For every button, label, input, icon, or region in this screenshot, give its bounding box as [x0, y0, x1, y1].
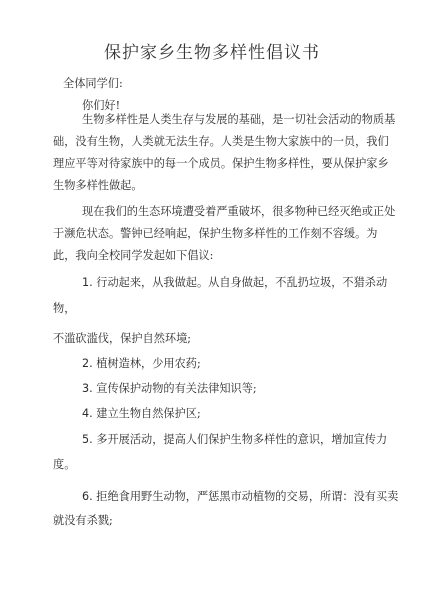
item-1-line-1: 1. 行动起来，从我做起。从自身做起，不乱扔垃圾，不猎杀动	[82, 274, 387, 290]
item-3-number: 3.	[82, 382, 93, 395]
paragraph-2-line-1: 现在我们的生态环境遭受着严重破坏，很多物种已经灭绝或正处	[82, 203, 395, 219]
item-1-number: 1.	[82, 276, 93, 289]
item-5-text: 多开展活动，提高人们保护生物多样性的意识，增加宣传力	[96, 433, 387, 446]
item-6-number: 6.	[82, 490, 93, 503]
item-5-line-2: 度。	[53, 456, 75, 472]
item-3-text: 宣传保护动物的有关法律知识等;	[96, 382, 256, 395]
item-6-line-1: 6. 拒绝食用野生动物，严惩黑市动植物的交易，所谓：没有买卖	[82, 488, 398, 504]
item-5-number: 5.	[82, 433, 93, 446]
item-6-line-2: 就没有杀戮;	[53, 512, 113, 528]
item-6-text: 拒绝食用野生动物，严惩黑市动植物的交易，所谓：没有买卖	[96, 490, 398, 503]
item-2-number: 2.	[82, 357, 93, 370]
item-2-text: 植树造林，少用农药;	[96, 357, 200, 370]
paragraph-1-line-3: 理应平等对待家族中的每一个成员。保护生物多样性，要从保护家乡	[53, 155, 389, 171]
item-1-continuation: 不滥砍滥伐，保护自然环境;	[53, 330, 191, 346]
item-5-line-1: 5. 多开展活动，提高人们保护生物多样性的意识，增加宣传力	[82, 431, 387, 447]
item-4: 4. 建立生物自然保护区;	[82, 405, 201, 421]
item-3: 3. 宣传保护动物的有关法律知识等;	[82, 380, 257, 396]
paragraph-1-line-4: 生物多样性做起。	[53, 177, 143, 193]
paragraph-2-line-2: 于濒危状态。警钟已经响起，保护生物多样性的工作刻不容缓。为	[53, 225, 377, 241]
document-title: 保护家乡生物多样性倡议书	[0, 38, 424, 63]
item-2: 2. 植树造林，少用农药;	[82, 355, 201, 371]
paragraph-2-line-3: 此，我向全校同学发起如下倡议:	[53, 247, 213, 263]
salutation: 全体同学们:	[63, 75, 123, 91]
paragraph-1-line-1: 生物多样性是人类生存与发展的基础，是一切社会活动的物质基	[82, 111, 395, 127]
item-1-text: 行动起来，从我做起。从自身做起，不乱扔垃圾，不猎杀动	[96, 276, 387, 289]
item-4-number: 4.	[82, 407, 93, 420]
item-1-line-2: 物，	[53, 300, 75, 316]
item-4-text: 建立生物自然保护区;	[96, 407, 200, 420]
paragraph-1-line-2: 础，没有生物，人类就无法生存。人类是生物大家族中的一员，我们	[53, 133, 389, 149]
